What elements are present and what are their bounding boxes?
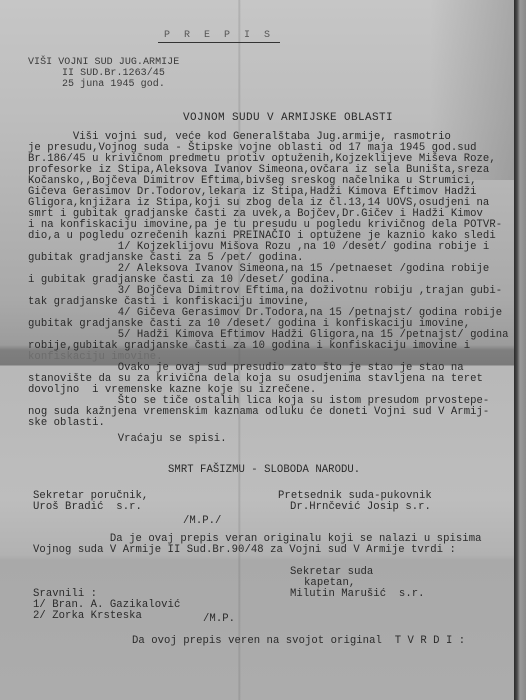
addressee-heading: VOJNOM SUDU V ARMIJSKE OBLASTI xyxy=(183,113,393,124)
document-date: 25 juna 1945 god. xyxy=(62,79,165,90)
case-number: II SUD.Br.1263/45 xyxy=(62,68,165,79)
secretary-name: Uroš Bradić s.r. xyxy=(33,502,142,513)
slogan: SMRT FAŠIZMU - SLOBODA NARODU. xyxy=(168,465,360,476)
president-name: Dr.Hrnčević Josip s.r. xyxy=(290,502,431,513)
certification-line-2: Vojnog suda V Armije II Sud.Br.90/48 za … xyxy=(33,545,456,556)
certifier-name: Milutin Marušić s.r. xyxy=(290,589,425,600)
reasoning-line: Vraćaju se spisi. xyxy=(28,434,227,445)
paper-edge xyxy=(514,0,526,700)
reasoning-line: ske oblasti. xyxy=(28,418,105,429)
final-certification: Da ovoj prepis veren na svojot original … xyxy=(132,636,465,647)
court-name: VIŠI VOJNI SUD JUG.ARMIJE xyxy=(28,57,179,68)
compared-seal-mark: /M.P. xyxy=(203,614,235,625)
document-title: P R E P I S xyxy=(158,30,280,43)
seal-mark: /M.P./ xyxy=(183,516,221,527)
compared-by-name-2: 2/ Zorka Krsteska xyxy=(33,611,142,622)
